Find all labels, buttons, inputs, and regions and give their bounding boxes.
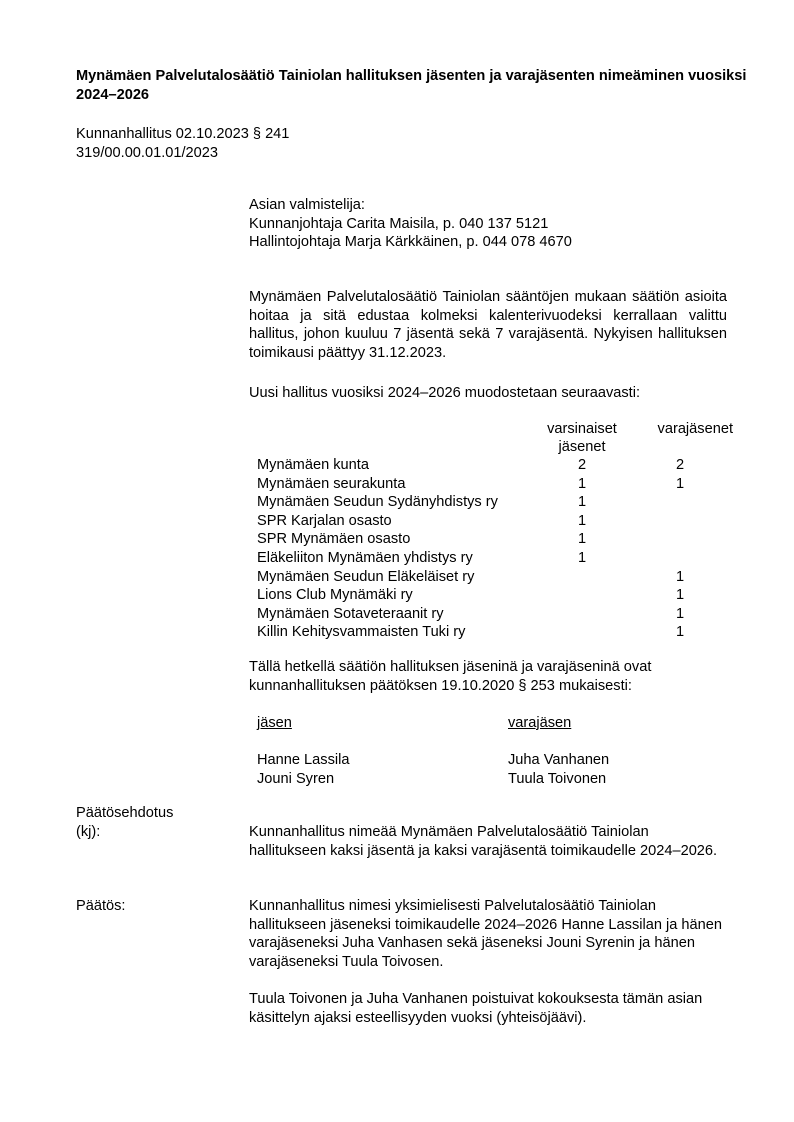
table-row: Mynämäen Seudun Sydänyhdistys ry1 bbox=[252, 493, 733, 512]
deputies-count-cell: 2 bbox=[627, 456, 733, 475]
deputy-name: Tuula Toivonen bbox=[508, 770, 606, 789]
members-count-cell: 1 bbox=[537, 549, 627, 568]
organization-cell: Mynämäen seurakunta bbox=[252, 475, 537, 494]
deputies-count-cell bbox=[627, 493, 733, 512]
table-row: SPR Karjalan osasto1 bbox=[252, 512, 733, 531]
organization-cell: Mynämäen Seudun Eläkeläiset ry bbox=[252, 568, 537, 587]
table-row: Mynämäen Seudun Eläkeläiset ry1 bbox=[252, 568, 733, 587]
member-row: Hanne Lassila Juha Vanhanen bbox=[257, 751, 727, 770]
composition-intro: Uusi hallitus vuosiksi 2024–2026 muodost… bbox=[249, 384, 727, 403]
organization-cell: Mynämäen kunta bbox=[252, 456, 537, 475]
proposal-text: Kunnanhallitus nimeää Mynämäen Palveluta… bbox=[249, 823, 727, 860]
members-count-cell bbox=[537, 623, 627, 642]
members-count-cell bbox=[537, 605, 627, 624]
record-id: 319/00.00.01.01/2023 bbox=[76, 144, 289, 163]
deputies-count-cell bbox=[627, 512, 733, 531]
deputies-count-cell: 1 bbox=[627, 568, 733, 587]
header-members-label: varsinaiset jäsenet bbox=[542, 420, 622, 456]
preparation-heading: Asian valmistelija: bbox=[249, 196, 727, 215]
table-row: Mynämäen seurakunta11 bbox=[252, 475, 733, 494]
table-header-row: varsinaiset jäsenet varajäsenet bbox=[252, 420, 733, 456]
meeting-reference: Kunnanhallitus 02.10.2023 § 241 bbox=[76, 125, 289, 144]
table-row: Killin Kehitysvammaisten Tuki ry1 bbox=[252, 623, 733, 642]
organization-cell: Killin Kehitysvammaisten Tuki ry bbox=[252, 623, 537, 642]
header-deputy: varajäsen bbox=[508, 714, 571, 733]
decision-label: Päätös: bbox=[76, 897, 126, 916]
intro-paragraph: Mynämäen Palvelutalosäätiö Tainiolan sää… bbox=[249, 288, 727, 362]
table-row: SPR Mynämäen osasto1 bbox=[252, 530, 733, 549]
members-count-cell: 1 bbox=[537, 530, 627, 549]
deputies-count-cell: 1 bbox=[627, 586, 733, 605]
members-count-cell: 2 bbox=[537, 456, 627, 475]
deputies-count-cell: 1 bbox=[627, 605, 733, 624]
table-row: Lions Club Mynämäki ry1 bbox=[252, 586, 733, 605]
current-paragraph: Tällä hetkellä säätiön hallituksen jäsen… bbox=[249, 658, 727, 695]
decision-note: Tuula Toivonen ja Juha Vanhanen poistuiv… bbox=[249, 990, 727, 1027]
deputies-count-cell: 1 bbox=[627, 623, 733, 642]
table-row: Mynämäen kunta22 bbox=[252, 456, 733, 475]
header-organization bbox=[252, 420, 537, 456]
deputies-count-cell bbox=[627, 530, 733, 549]
preparer-line: Hallintojohtaja Marja Kärkkäinen, p. 044… bbox=[249, 233, 727, 252]
decision-text: Kunnanhallitus nimesi yksimielisesti Pal… bbox=[249, 897, 727, 971]
preparer-line: Kunnanjohtaja Carita Maisila, p. 040 137… bbox=[249, 215, 727, 234]
table-row: Eläkeliiton Mynämäen yhdistys ry1 bbox=[252, 549, 733, 568]
proposal-label-line: Päätösehdotus bbox=[76, 804, 173, 823]
organization-cell: SPR Mynämäen osasto bbox=[252, 530, 537, 549]
organization-cell: Mynämäen Sotaveteraanit ry bbox=[252, 605, 537, 624]
header-member: jäsen bbox=[257, 714, 292, 733]
meeting-info: Kunnanhallitus 02.10.2023 § 241 319/00.0… bbox=[76, 125, 289, 162]
members-header-row: jäsen varajäsen bbox=[257, 714, 727, 733]
preparation-block: Asian valmistelija: Kunnanjohtaja Carita… bbox=[249, 196, 727, 252]
organization-cell: Eläkeliiton Mynämäen yhdistys ry bbox=[252, 549, 537, 568]
proposal-label: Päätösehdotus (kj): bbox=[76, 804, 173, 841]
composition-table: varsinaiset jäsenet varajäsenet Mynämäen… bbox=[252, 420, 733, 642]
header-deputies: varajäsenet bbox=[627, 420, 733, 456]
document-title: Mynämäen Palvelutalosäätiö Tainiolan hal… bbox=[76, 67, 756, 104]
members-count-cell: 1 bbox=[537, 512, 627, 531]
proposal-label-line: (kj): bbox=[76, 823, 173, 842]
deputies-count-cell bbox=[627, 549, 733, 568]
members-count-cell: 1 bbox=[537, 475, 627, 494]
members-count-cell: 1 bbox=[537, 493, 627, 512]
member-name: Jouni Syren bbox=[257, 770, 334, 789]
members-count-cell bbox=[537, 586, 627, 605]
member-row: Jouni Syren Tuula Toivonen bbox=[257, 770, 727, 789]
members-count-cell bbox=[537, 568, 627, 587]
table-row: Mynämäen Sotaveteraanit ry1 bbox=[252, 605, 733, 624]
organization-cell: Mynämäen Seudun Sydänyhdistys ry bbox=[252, 493, 537, 512]
organization-cell: Lions Club Mynämäki ry bbox=[252, 586, 537, 605]
deputies-count-cell: 1 bbox=[627, 475, 733, 494]
current-members-list: jäsen varajäsen Hanne Lassila Juha Vanha… bbox=[257, 714, 727, 788]
member-name: Hanne Lassila bbox=[257, 751, 350, 770]
deputy-name: Juha Vanhanen bbox=[508, 751, 609, 770]
organization-cell: SPR Karjalan osasto bbox=[252, 512, 537, 531]
header-members: varsinaiset jäsenet bbox=[537, 420, 627, 456]
